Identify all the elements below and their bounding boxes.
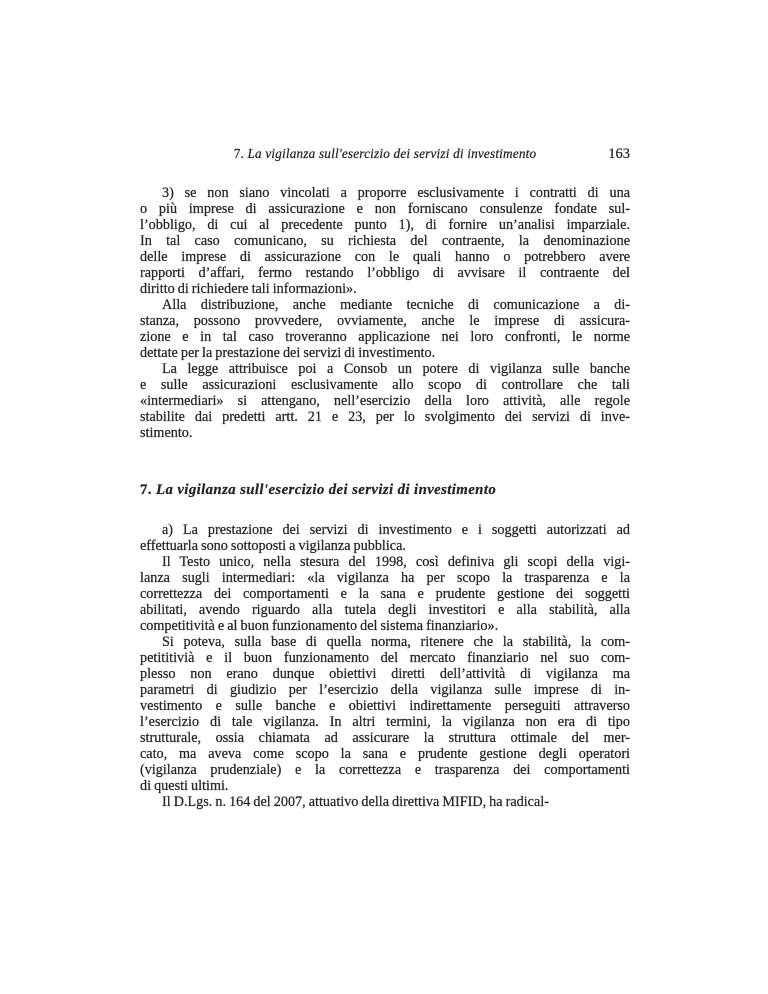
text-line: correttezza dei comportamenti e la sana … xyxy=(140,586,630,602)
text-line: Il Testo unico, nella stesura del 1998, … xyxy=(140,554,630,570)
text-line: zione e in tal caso troveranno applicazi… xyxy=(140,329,630,345)
text-line: l’obbligo, di cui al precedente punto 1)… xyxy=(140,217,630,233)
text-line: dettate per la prestazione dei servizi d… xyxy=(140,345,630,361)
text-line: In tal caso comunicano, su richiesta del… xyxy=(140,233,630,249)
section-heading: 7. La vigilanza sull'esercizio dei servi… xyxy=(140,482,630,498)
text-line: 3) se non siano vincolati a proporre esc… xyxy=(140,185,630,201)
text-line: e sulle assicurazioni esclusivamente all… xyxy=(140,377,630,393)
section-heading-number: 7. xyxy=(140,482,156,498)
text-line: strutturale, ossia chiamata ad assicurar… xyxy=(140,730,630,746)
text-line: vestimento e sulle banche e obiettivi in… xyxy=(140,698,630,714)
paragraph: La legge attribuisce poi a Consob un pot… xyxy=(140,361,630,441)
text-line: di questi ultimi. xyxy=(140,778,630,794)
text-line: effettuarla sono sottoposti a vigilanza … xyxy=(140,538,630,554)
text-line: stanza, possono provvedere, ovviamente, … xyxy=(140,313,630,329)
text-line: cato, ma aveva come scopo la sana e prud… xyxy=(140,746,630,762)
running-header: 7. La vigilanza sull'esercizio dei servi… xyxy=(140,146,630,162)
text-line: stimento. xyxy=(140,425,630,441)
text-line: a) La prestazione dei servizi di investi… xyxy=(140,522,630,538)
text-line: abilitati, avendo riguardo alla tutela d… xyxy=(140,602,630,618)
paragraph: Alla distribuzione, anche mediante tecni… xyxy=(140,297,630,361)
section-heading-title: La vigilanza sull'esercizio dei servizi … xyxy=(156,482,496,498)
text-line: competitività e al buon funzionamento de… xyxy=(140,618,630,634)
text-line: (vigilanza prudenziale) e la correttezza… xyxy=(140,762,630,778)
text-line: petititivià e il buon funzionamento del … xyxy=(140,650,630,666)
running-title-chapter-number: 7. xyxy=(234,146,244,161)
page-number: 163 xyxy=(608,146,630,162)
text-line: delle imprese di assicurazione con le qu… xyxy=(140,249,630,265)
text-line: «intermediari» si attengano, nell’eserci… xyxy=(140,393,630,409)
paragraph: Si poteva, sulla base di quella norma, r… xyxy=(140,634,630,794)
page-body: 3) se non siano vincolati a proporre esc… xyxy=(140,185,630,810)
paragraph: Il D.Lgs. n. 164 del 2007, attuativo del… xyxy=(140,794,630,810)
text-line: o più imprese di assicurazione e non for… xyxy=(140,201,630,217)
text-line: stabilite dai predetti artt. 21 e 23, pe… xyxy=(140,409,630,425)
text-line: Il D.Lgs. n. 164 del 2007, attuativo del… xyxy=(140,794,630,810)
paragraph: a) La prestazione dei servizi di investi… xyxy=(140,522,630,554)
paragraph: Il Testo unico, nella stesura del 1998, … xyxy=(140,554,630,634)
text-block: 7. La vigilanza sull'esercizio dei servi… xyxy=(140,146,630,810)
running-title: 7. La vigilanza sull'esercizio dei servi… xyxy=(140,146,630,162)
running-title-text: La vigilanza sull'esercizio dei servizi … xyxy=(248,146,537,161)
text-line: rapporti d’affari, fermo restando l’obbl… xyxy=(140,265,630,281)
text-line: Alla distribuzione, anche mediante tecni… xyxy=(140,297,630,313)
text-line: lanza sugli intermediari: «la vigilanza … xyxy=(140,570,630,586)
paragraph: 3) se non siano vincolati a proporre esc… xyxy=(140,185,630,297)
text-line: diritto di richiedere tali informazioni»… xyxy=(140,281,630,297)
book-page: 7. La vigilanza sull'esercizio dei servi… xyxy=(0,0,768,994)
text-line: La legge attribuisce poi a Consob un pot… xyxy=(140,361,630,377)
text-line: plesso non erano dunque obiettivi dirett… xyxy=(140,666,630,682)
text-line: Si poteva, sulla base di quella norma, r… xyxy=(140,634,630,650)
text-line: parametri di giudizio per l’esercizio de… xyxy=(140,682,630,698)
text-line: l’esercizio di tale vigilanza. In altri … xyxy=(140,714,630,730)
